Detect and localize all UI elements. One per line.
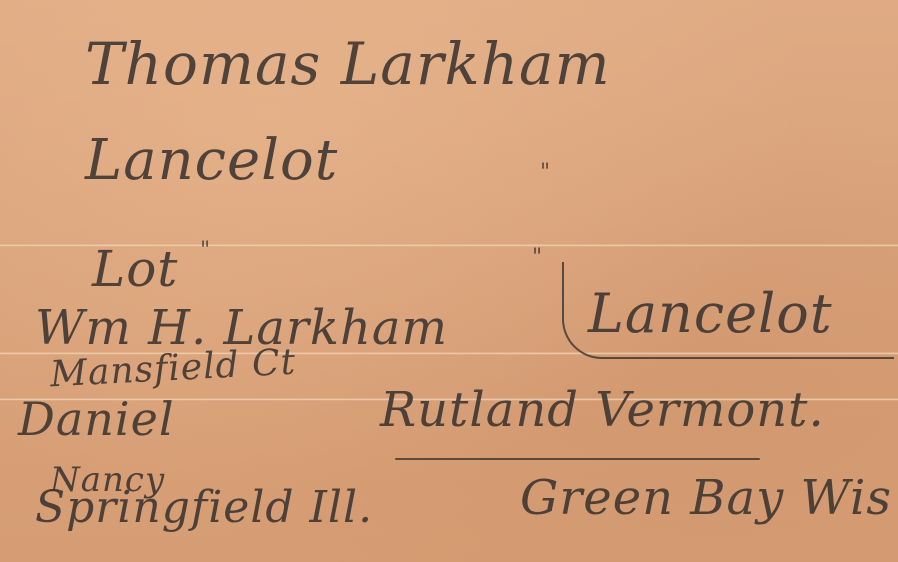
ditto-mark: " bbox=[540, 160, 550, 185]
handwritten-line-green-bay-wis: Green Bay Wis bbox=[520, 470, 892, 526]
handwritten-line-lot: Lot bbox=[92, 240, 178, 298]
bracket-stroke bbox=[562, 262, 894, 359]
handwritten-line-rutland-vermont: Rutland Vermont. bbox=[380, 382, 825, 438]
ditto-mark: " bbox=[200, 238, 210, 263]
handwritten-line-daniel: Daniel bbox=[18, 392, 175, 446]
overline-stroke bbox=[395, 458, 760, 460]
handwritten-line-springfield-ill: Springfield Ill. bbox=[35, 482, 373, 533]
handwritten-line-lancelot: Lancelot bbox=[85, 128, 338, 193]
ditto-mark: " bbox=[532, 245, 542, 270]
handwritten-line-thomas-larkham: Thomas Larkham bbox=[85, 30, 611, 98]
